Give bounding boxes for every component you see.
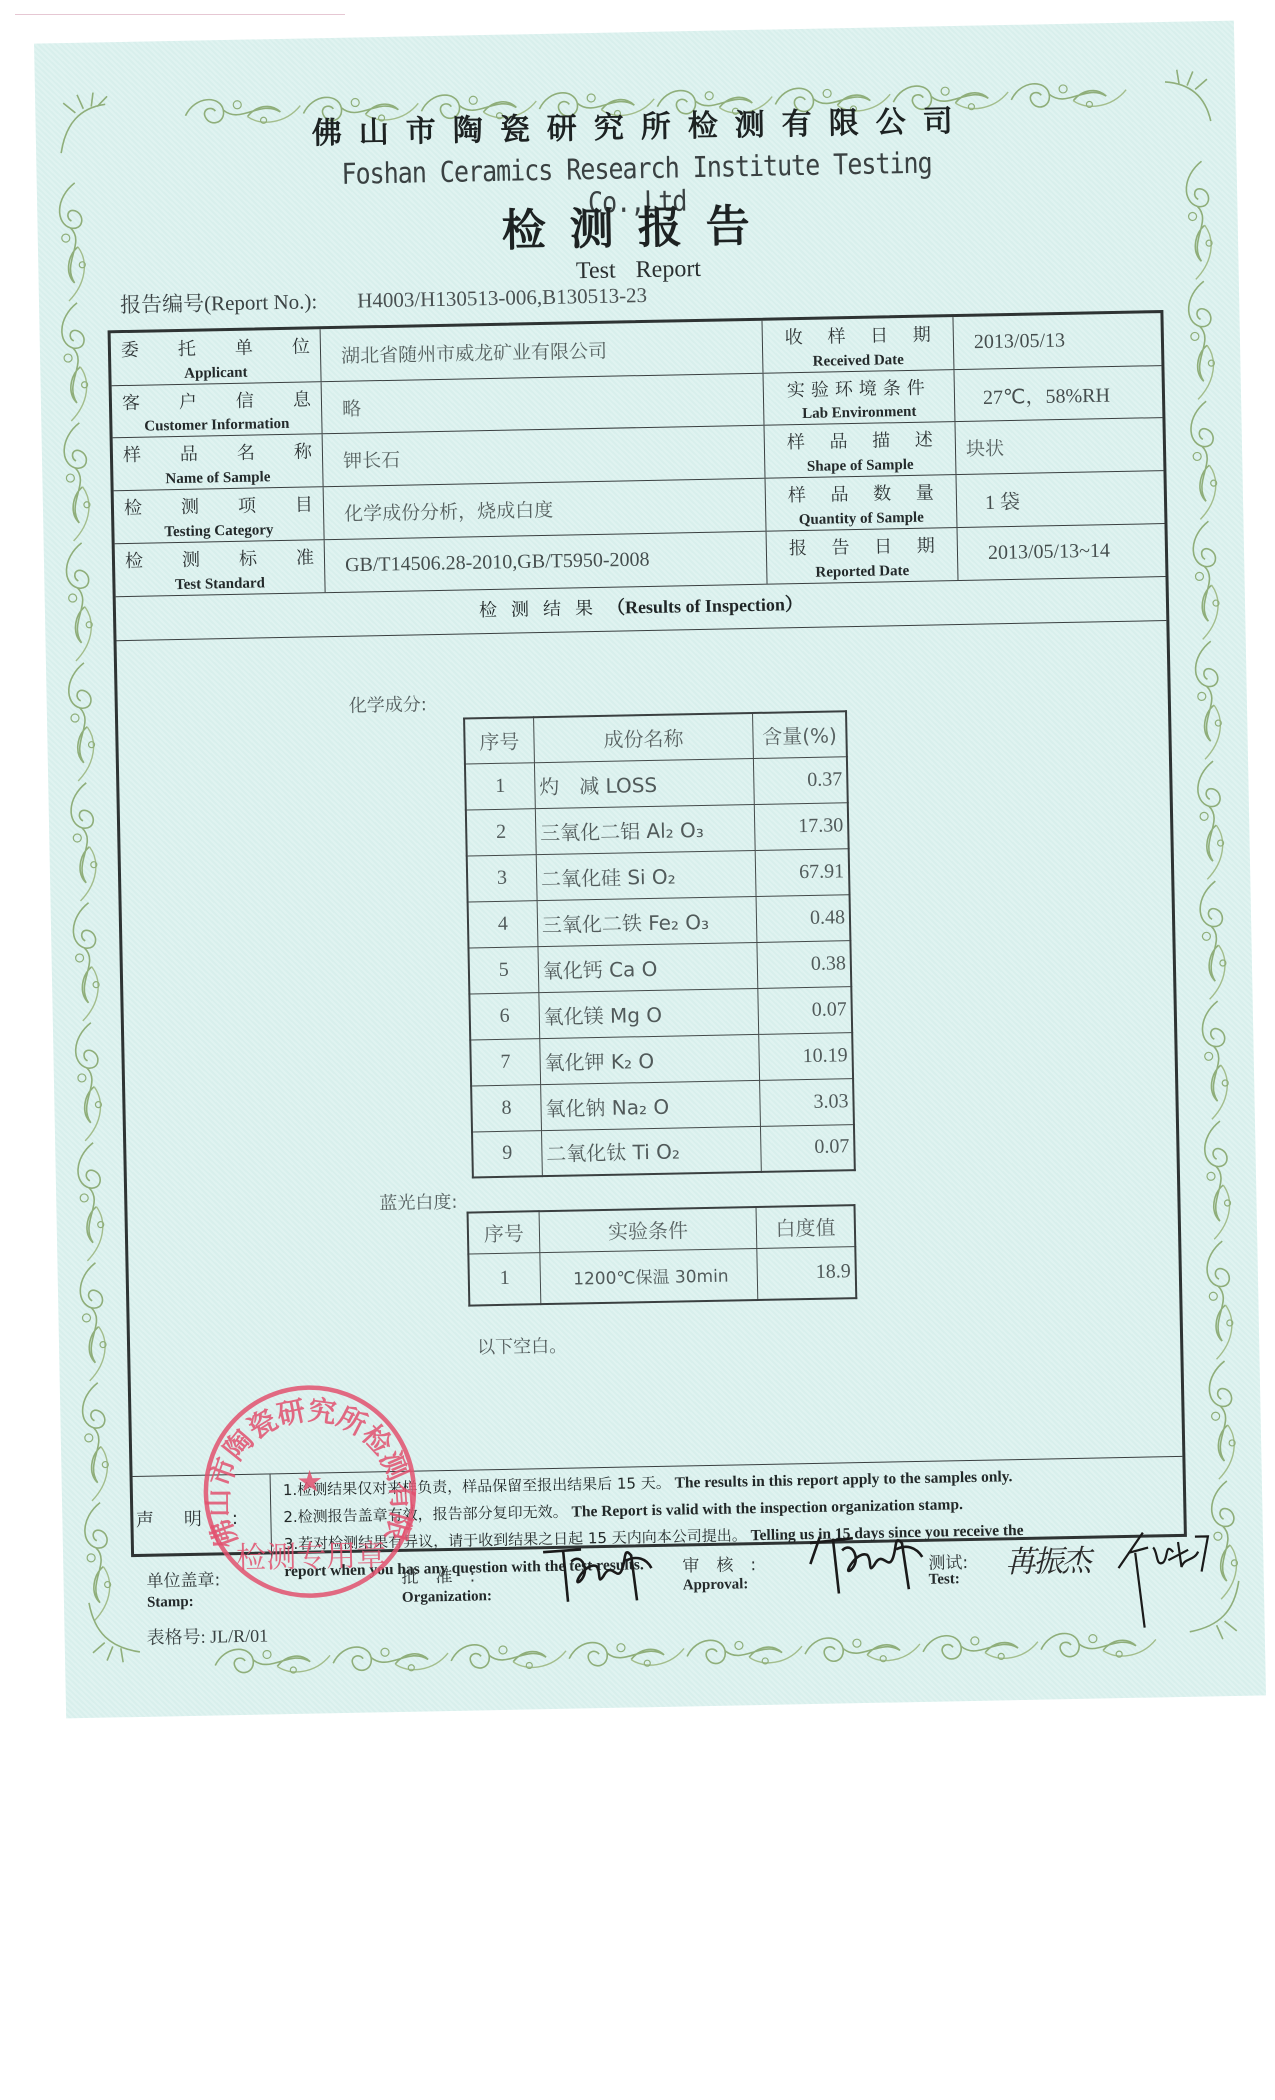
report-title-cn: 检测报告 <box>387 187 888 261</box>
table-row: 8氧化钠 Na₂ O3.03 <box>471 1078 854 1131</box>
approve-label-en: Organization: <box>402 1588 492 1607</box>
report-number-value: H4003/H130513-006,B130513-23 <box>357 283 647 313</box>
blank-below-note: 以下空白。 <box>477 1332 567 1360</box>
label-lab-environment: 实验环境条件 Lab Environment <box>763 370 955 425</box>
tester-names-handwritten: 苒振杰 <box>1005 1536 1090 1582</box>
value-test-standard: GB/T14506.28-2010,GB/T5950-2008 <box>324 532 767 592</box>
label-reported-date: 报告日期 Reported Date <box>766 528 958 584</box>
signature-tester2-icon <box>1113 1521 1215 1633</box>
label-customer-info: 客户信息 Customer Information <box>112 382 322 437</box>
table-row: 6氧化镁 Mg O0.07 <box>469 986 852 1039</box>
value-testing-category: 化学成份分析，烧成白度 <box>323 479 766 539</box>
value-reported-date: 2013/05/13~14 <box>957 524 1166 580</box>
whiteness-label: 蓝光白度: <box>379 1188 458 1215</box>
test-label-cn: 测试: <box>928 1548 968 1574</box>
chemical-composition-label: 化学成分: <box>349 690 428 717</box>
label-en: Applicant <box>111 363 320 384</box>
table-header-row: 序号 成份名称 含量(%) <box>464 711 847 763</box>
table-row: 4三氧化二铁 Fe₂ O₃0.48 <box>468 894 851 947</box>
label-sample-shape: 样品描述 Shape of Sample <box>764 422 956 478</box>
signature-reviewer-icon <box>808 1527 929 1599</box>
stamp-label-en: Stamp: <box>147 1594 194 1612</box>
stamp-center-text: 检测专用章 <box>236 1538 387 1576</box>
label-applicant: 委托单位 Applicant <box>111 329 321 385</box>
value-customer-info: 略 <box>321 374 764 433</box>
table-row: 5氧化钙 Ca O0.38 <box>468 940 851 993</box>
test-label-en: Test: <box>929 1571 960 1589</box>
label-testing-category: 检测项目 Testing Category <box>114 487 324 543</box>
test-report-page: 佛山市陶瓷研究所检测有限公司 Foshan Ceramics Research … <box>34 21 1266 1719</box>
scan-edge-artifact <box>15 14 345 15</box>
table-row: 1灼 减 LOSS0.37 <box>465 756 848 809</box>
chemical-composition-table: 序号 成份名称 含量(%) 1灼 减 LOSS0.37 2三氧化二铝 Al₂ O… <box>463 710 856 1178</box>
table-row: 1 1200℃保温 30min 18.9 <box>468 1246 856 1305</box>
stamp-label-cn: 单位盖章: <box>146 1565 220 1591</box>
value-received-date: 2013/05/13 <box>952 313 1161 369</box>
label-sample-quantity: 样品数量 Quantity of Sample <box>765 475 957 531</box>
value-sample-name: 钾长石 <box>322 426 765 486</box>
review-label-en: Approval: <box>683 1576 749 1594</box>
table-row: 2三氧化二铝 Al₂ O₃17.30 <box>466 802 849 855</box>
inspection-stamp-icon: 佛山市陶瓷研究所检测有限公司 ★ 检测专用章 <box>198 1380 422 1604</box>
value-sample-shape: 块状 <box>954 418 1163 474</box>
label-cn: 委托单位 <box>121 332 310 362</box>
review-label-cn: 审 核 : <box>682 1550 756 1576</box>
svg-text:★: ★ <box>296 1464 324 1500</box>
value-sample-quantity: 1 袋 <box>955 471 1164 527</box>
label-test-standard: 检测标准 Test Standard <box>115 540 325 596</box>
table-row: 3二氧化硅 Si O₂67.91 <box>467 848 850 901</box>
report-number-label: 报告编号(Report No.): <box>120 289 318 317</box>
value-lab-environment: 27℃，58%RH <box>953 366 1162 421</box>
form-number: 表格号: JL/R/01 <box>146 1621 268 1649</box>
label-sample-name: 样品名称 Name of Sample <box>113 434 323 490</box>
table-row: 9二氧化钛 Ti O₂0.07 <box>472 1124 855 1177</box>
whiteness-table: 序号 实验条件 白度值 1 1200℃保温 30min 18.9 <box>467 1204 858 1306</box>
value-applicant: 湖北省随州市威龙矿业有限公司 <box>320 321 763 381</box>
table-row: 7氧化钾 K₂ O10.19 <box>470 1032 853 1085</box>
approve-label-cn: 批 准 : <box>401 1561 475 1587</box>
signature-approver-icon <box>541 1540 662 1607</box>
label-received-date: 收样日期 Received Date <box>761 317 953 373</box>
